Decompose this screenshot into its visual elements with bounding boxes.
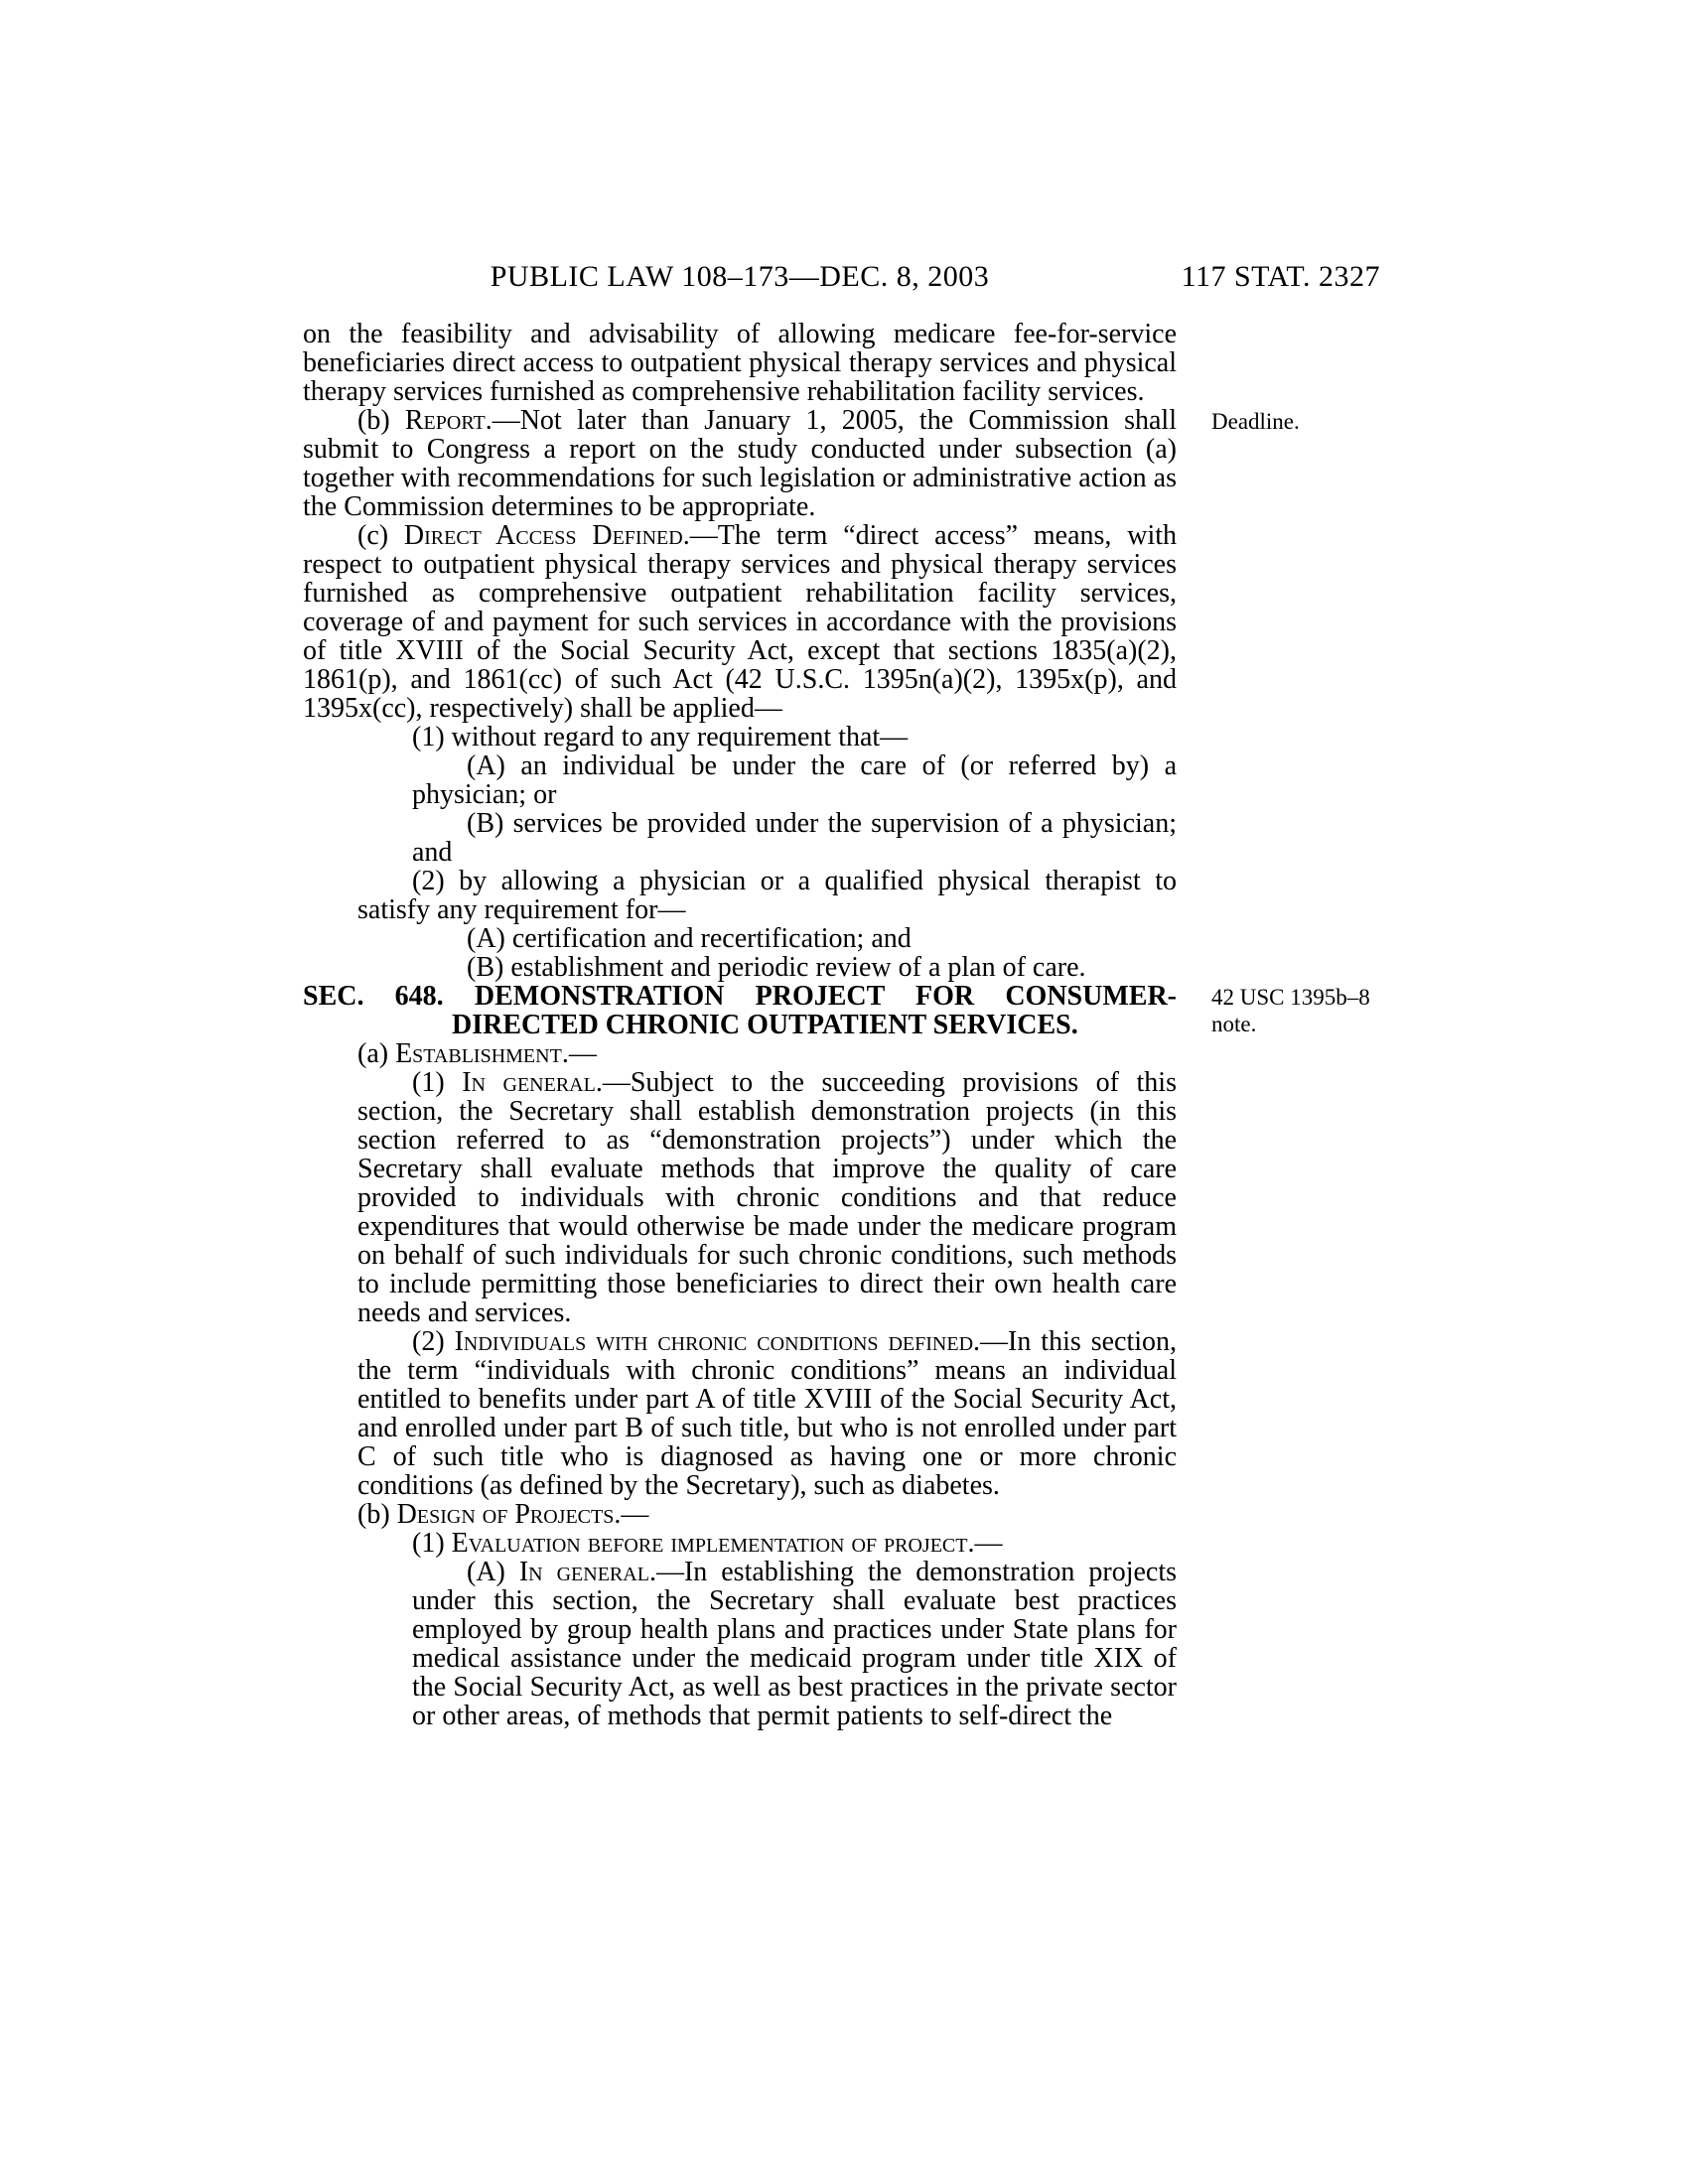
smallcaps-heading: In general <box>462 1067 596 1098</box>
enum-label: (a) <box>357 1038 395 1069</box>
para-clause-2: (2) by allowing a physician or a qualifi… <box>303 867 1177 924</box>
body-text: .—Subject to the succeeding provisions o… <box>357 1067 1177 1328</box>
section-heading-648: SEC. 648. DEMONSTRATION PROJECT FOR CONS… <box>303 982 1177 1039</box>
enum-label: (2) <box>412 1326 455 1357</box>
para-a-1-in-general: (1) In general.—Subject to the succeedin… <box>303 1068 1177 1327</box>
body-text: .— <box>967 1528 1002 1559</box>
body-text: .— <box>562 1038 597 1069</box>
para-a-2-individuals-defined: (2) Individuals with chronic conditions … <box>303 1327 1177 1500</box>
body-text: .—The term “direct access” means, with r… <box>303 520 1177 724</box>
smallcaps-heading: Evaluation before implementation of proj… <box>452 1528 968 1559</box>
page-header: PUBLIC LAW 108–173—DEC. 8, 2003 117 STAT… <box>303 260 1380 298</box>
para-subsection-b-report: (b) Report.—Not later than January 1, 20… <box>303 406 1177 521</box>
para-b-1-A-in-general: (A) In general.—In establishing the demo… <box>303 1558 1177 1730</box>
para-subsection-a-establishment: (a) Establishment.— <box>303 1039 1177 1068</box>
stat-page-number: 117 STAT. 2327 <box>1182 260 1380 294</box>
enum-label: (b) <box>357 405 405 436</box>
body-column: on the feasibility and advisability of a… <box>303 320 1177 1730</box>
smallcaps-heading: Design of Projects <box>397 1499 615 1530</box>
para-subsection-b-design: (b) Design of Projects.— <box>303 1500 1177 1529</box>
section-heading-text: SEC. 648. DEMONSTRATION PROJECT FOR CONS… <box>303 981 1177 1040</box>
body-text: (B) establishment and periodic review of… <box>467 952 1086 983</box>
smallcaps-heading: Individuals with chronic conditions defi… <box>455 1326 973 1357</box>
para-subsection-c-direct-access: (c) Direct Access Defined.—The term “dir… <box>303 521 1177 723</box>
body-text: (2) by allowing a physician or a qualifi… <box>357 866 1177 925</box>
para-clause-2-B: (B) establishment and periodic review of… <box>303 953 1177 982</box>
body-text: (1) without regard to any requirement th… <box>412 722 908 752</box>
para-clause-2-A: (A) certification and recertification; a… <box>303 924 1177 953</box>
document-page: PUBLIC LAW 108–173—DEC. 8, 2003 117 STAT… <box>0 0 1688 2184</box>
para-clause-1-A: (A) an individual be under the care of (… <box>303 751 1177 809</box>
margin-note-usc-citation: 42 USC 1395b–8 note. <box>1211 984 1390 1037</box>
enum-label: (A) <box>467 1557 519 1587</box>
para-clause-1-B: (B) services be provided under the super… <box>303 809 1177 867</box>
smallcaps-heading: In general <box>519 1557 649 1587</box>
para-clause-1: (1) without regard to any requirement th… <box>303 723 1177 751</box>
para-b-1-evaluation: (1) Evaluation before implementation of … <box>303 1529 1177 1558</box>
enum-label: (b) <box>357 1499 397 1530</box>
smallcaps-heading: Establishment <box>395 1038 562 1069</box>
body-text: (A) certification and recertification; a… <box>467 923 912 954</box>
body-text: on the feasibility and advisability of a… <box>303 319 1177 407</box>
margin-note-deadline: Deadline. <box>1211 408 1390 435</box>
enum-label: (1) <box>412 1067 462 1098</box>
smallcaps-heading: Direct Access Defined <box>404 520 683 551</box>
law-title: PUBLIC LAW 108–173—DEC. 8, 2003 <box>303 260 1177 294</box>
smallcaps-heading: Report <box>405 405 486 436</box>
enum-label: (c) <box>357 520 404 551</box>
body-text: (A) an individual be under the care of (… <box>412 751 1177 810</box>
para-continuation-text: on the feasibility and advisability of a… <box>303 320 1177 406</box>
body-text: (B) services be provided under the super… <box>412 808 1177 868</box>
enum-label: (1) <box>412 1528 452 1559</box>
body-text: .— <box>614 1499 648 1530</box>
